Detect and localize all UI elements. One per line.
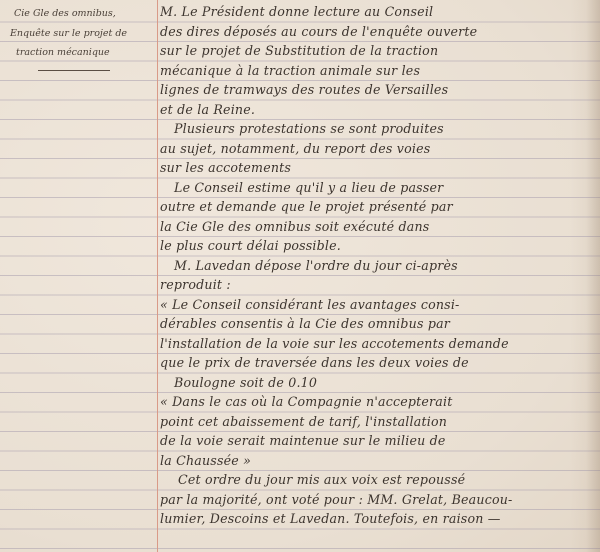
margin-note-line: traction mécanique: [10, 43, 150, 63]
text-line: « Dans le cas où la Compagnie n'accepter…: [160, 392, 600, 412]
text-line: la Cie Gle des omnibus soit exécuté dans: [160, 217, 600, 237]
text-line: la Chaussée »: [160, 451, 600, 471]
page-edge-shadow: [586, 0, 600, 552]
text-line: Le Conseil estime qu'il y a lieu de pass…: [160, 178, 600, 198]
text-line: sur les accotements: [160, 158, 600, 178]
text-line: outre et demande que le projet présenté …: [160, 197, 600, 217]
text-line: lumier, Descoins et Lavedan. Toutefois, …: [160, 509, 600, 529]
margin-note-line: Cie Gle des omnibus,: [10, 4, 150, 24]
text-line: que le prix de traversée dans les deux v…: [160, 353, 600, 373]
text-line: Boulogne soit de 0.10: [160, 373, 600, 393]
text-line: lignes de tramways des routes de Versail…: [160, 80, 600, 100]
text-line: des dires déposés au cours de l'enquête …: [160, 22, 600, 42]
text-line: et de la Reine.: [160, 100, 600, 120]
text-line: M. Le Président donne lecture au Conseil: [160, 2, 600, 22]
text-line: M. Lavedan dépose l'ordre du jour ci-apr…: [160, 256, 600, 276]
text-line: point cet abaissement de tarif, l'instal…: [160, 412, 600, 432]
text-line: sur le projet de Substitution de la trac…: [160, 41, 600, 61]
text-line: au sujet, notamment, du report des voies: [160, 139, 600, 159]
minutes-body: M. Le Président donne lecture au Conseil…: [160, 2, 600, 529]
text-line: dérables consentis à la Cie des omnibus …: [160, 314, 600, 334]
text-line: l'installation de la voie sur les accote…: [160, 334, 600, 354]
text-line: mécanique à la traction animale sur les: [160, 61, 600, 81]
document-page: Cie Gle des omnibus, Enquête sur le proj…: [0, 0, 600, 552]
text-line: Cet ordre du jour mis aux voix est repou…: [160, 470, 600, 490]
red-margin-line: [157, 0, 158, 552]
text-line: de la voie serait maintenue sur le milie…: [160, 431, 600, 451]
text-line: Plusieurs protestations se sont produite…: [160, 119, 600, 139]
text-line: reproduit :: [160, 275, 600, 295]
text-line: « Le Conseil considérant les avantages c…: [160, 295, 600, 315]
margin-note-line: Enquête sur le projet de: [10, 24, 150, 44]
text-line: par la majorité, ont voté pour : MM. Gre…: [160, 490, 600, 510]
text-line: le plus court délai possible.: [160, 236, 600, 256]
margin-divider: [38, 70, 110, 71]
margin-note: Cie Gle des omnibus, Enquête sur le proj…: [10, 4, 150, 63]
